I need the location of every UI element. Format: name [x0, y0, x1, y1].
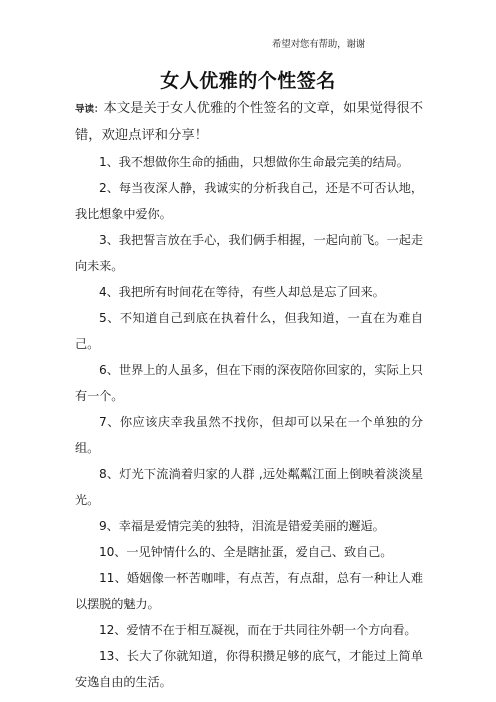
list-item: 11、婚姻像一杯苦咖啡，有点苦，有点甜，总有一种让人难以摆脱的魅力。 — [75, 565, 423, 617]
intro-paragraph: 导读：本文是关于女人优雅的个性签名的文章，如果觉得很不错，欢迎点评和分享！ — [75, 96, 423, 149]
list-item: 2、每当夜深人静，我诚实的分析我自己，还是不可否认地，我比想象中爱你。 — [75, 175, 423, 227]
list-item: 13、长大了你就知道，你得积攒足够的底气，才能过上简单安逸自由的生活。 — [75, 643, 423, 695]
list-item: 5、不知道自己到底在执着什么，但我知道，一直在为难自己。 — [75, 305, 423, 357]
list-item: 1、我不想做你生命的插曲，只想做你生命最完美的结局。 — [75, 149, 423, 175]
list-item: 9、幸福是爱情完美的独特，泪流是错爱美丽的邂逅。 — [75, 513, 423, 539]
list-item: 12、爱情不在于相互凝视，而在于共同往外朝一个方向看。 — [75, 617, 423, 643]
list-item: 6、世界上的人虽多，但在下雨的深夜陪你回家的，实际上只有一个。 — [75, 357, 423, 409]
list-item: 8、灯光下流淌着归家的人群 ,远处粼粼江面上倒映着淡淡星光。 — [75, 461, 423, 513]
intro-label: 导读： — [75, 104, 104, 115]
document-title: 女人优雅的个性签名 — [0, 66, 496, 93]
list-item: 10、一见钟情什么的、全是瞎扯蛋，爱自己、致自己。 — [75, 539, 423, 565]
list-item: 7、你应该庆幸我虽然不找你，但却可以呆在一个单独的分组。 — [75, 409, 423, 461]
document-body: 导读：本文是关于女人优雅的个性签名的文章，如果觉得很不错，欢迎点评和分享！ 1、… — [75, 96, 423, 695]
list-item: 4、我把所有时间花在等待，有些人却总是忘了回来。 — [75, 279, 423, 305]
intro-text: 本文是关于女人优雅的个性签名的文章，如果觉得很不错，欢迎点评和分享！ — [75, 101, 423, 143]
header-note: 希望对您有帮助，谢谢 — [272, 36, 365, 50]
list-item: 3、我把誓言放在手心，我们俩手相握，一起向前飞。一起走向未来。 — [75, 227, 423, 279]
